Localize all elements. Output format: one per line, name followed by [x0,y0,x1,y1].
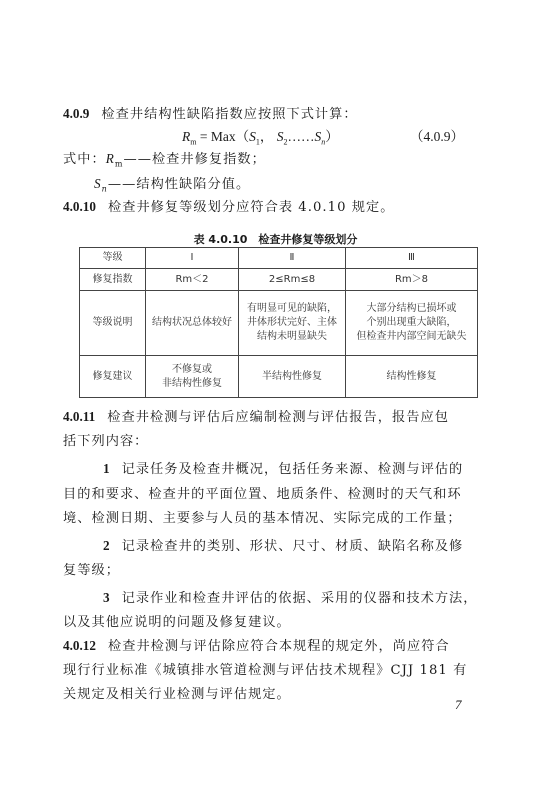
formula: Rm = Max（S1， S2……Sn） [182,125,339,147]
repair-grade-table: 等级 Ⅰ Ⅱ Ⅲ 修复指数 Rm＜2 2≤Rm≤8 Rm＞8 等级说明 结构状况… [79,247,478,398]
clause-4-0-10: 4.0.10检查井修复等级划分应符合表 4.0.10 规定。 [63,196,395,215]
clause-text: 检查井结构性缺陷指数应按照下式计算： [101,107,357,122]
clause-4-0-12: 4.0.12检查井检测与评估除应符合本规程的规定外，尚应符合 [63,635,450,654]
where-term-rm: 式中：Rm——检查井修复指数； [63,148,266,169]
page-number: 7 [455,697,462,713]
table-row: 等级 Ⅰ Ⅱ Ⅲ [80,248,478,269]
clause-text: 现行行业标准《城镇排水管道检测与评估技术规程》CJJ 181 有 [63,659,467,678]
table-row: 修复建议 不修复或 非结构性修复 半结构性修复 结构性修复 [80,356,478,398]
where-term-sn: Sn——结构性缺陷分值。 [94,173,250,194]
table-row: 修复指数 Rm＜2 2≤Rm≤8 Rm＞8 [80,269,478,291]
clause-text: 关规定及相关行业检测与评估规定。 [63,683,291,702]
list-item-1-cont: 目的和要求、检查井的平面位置、地质条件、检测时的天气和环 [63,483,462,502]
clause-4-0-9: 4.0.9检查井结构性缺陷指数应按照下式计算： [63,103,358,122]
list-item-3-cont: 以及其他应说明的问题及修复建议。 [63,611,291,630]
list-item-1: 1记录任务及检查井概况，包括任务来源、检测与评估的 [103,458,463,477]
list-item-1-cont: 境、检测日期、主要参与人员的基本情况、实际完成的工作量； [63,507,462,526]
list-item-2-cont: 复等级； [63,559,120,578]
equation-number: （4.0.9） [410,125,464,145]
list-item-3: 3记录作业和检查井评估的依据、采用的仪器和技术方法， [103,587,478,606]
clause-4-0-11: 4.0.11检查井检测与评估后应编制检测与评估报告，报告应包 [63,406,449,425]
table-row: 等级说明 结构状况总体较好 有明显可见的缺陷， 井体形状完好、主体 结构未明显缺… [80,291,478,356]
clause-number: 4.0.9 [63,106,89,121]
clause-text: 括下列内容： [63,430,148,449]
list-item-2: 2记录检查井的类别、形状、尺寸、材质、缺陷名称及修 [103,535,463,554]
table-caption: 表 4.0.10 检查井修复等级划分 [0,231,551,247]
